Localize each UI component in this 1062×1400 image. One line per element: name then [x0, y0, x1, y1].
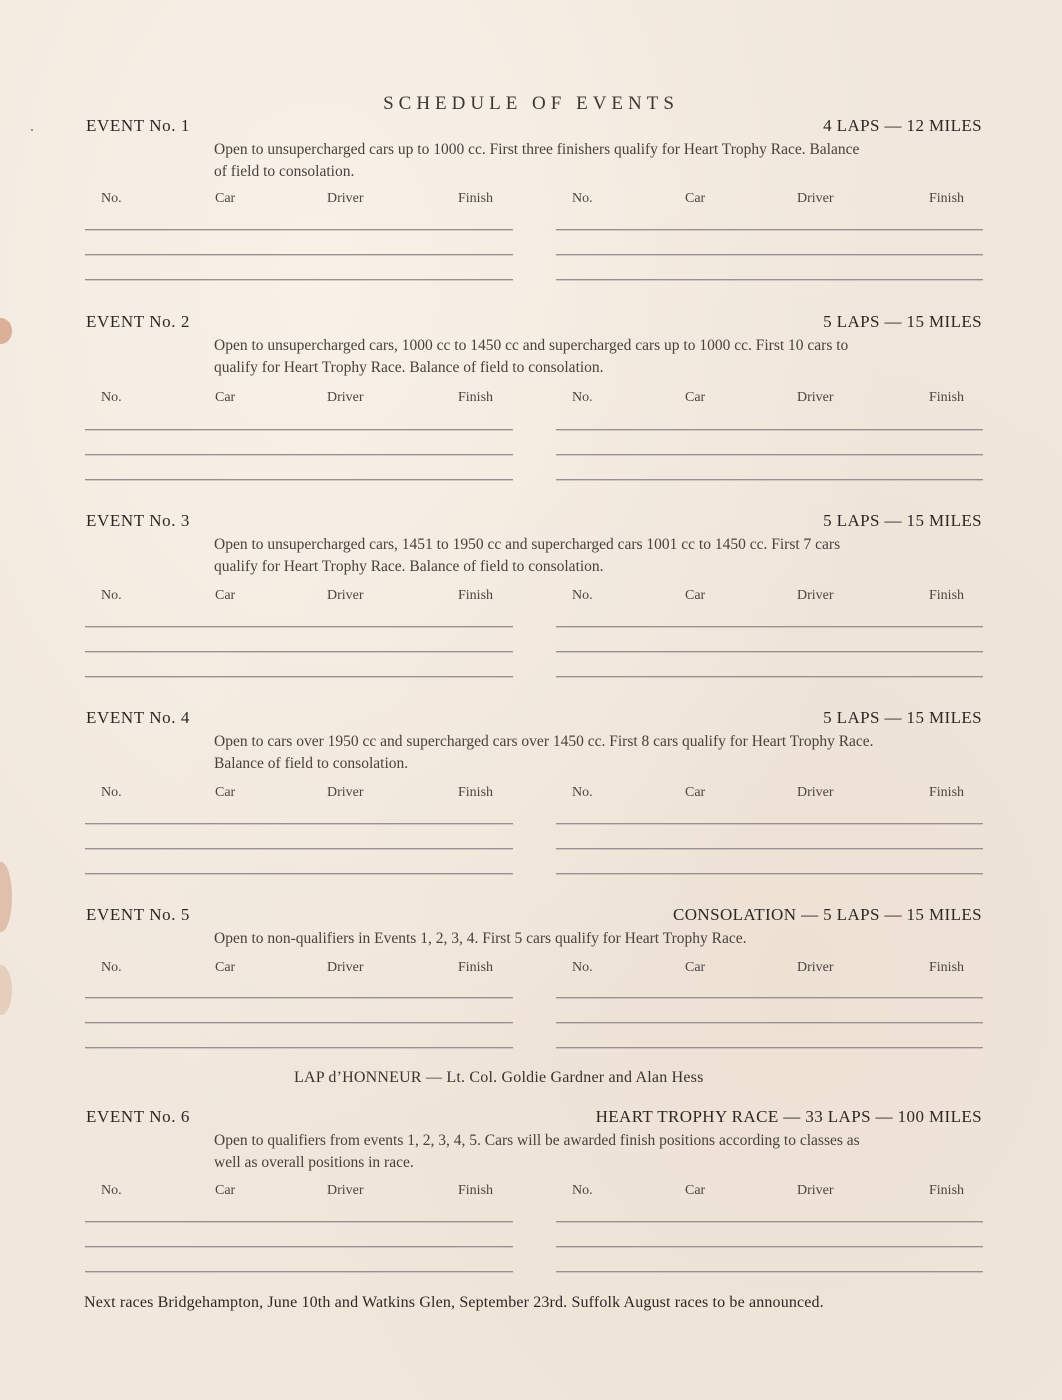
entry-line[interactable] — [556, 254, 983, 255]
column-header: No. — [101, 960, 122, 976]
column-header: Car — [215, 960, 235, 976]
event-distance: 4 LAPS — 12 MILES — [823, 116, 982, 136]
column-header: Driver — [797, 960, 834, 976]
paper-stain — [0, 318, 12, 344]
column-header: Finish — [929, 588, 964, 604]
entry-line[interactable] — [85, 1022, 513, 1023]
column-header: Finish — [458, 191, 493, 207]
event-label: EVENT No. 4 — [86, 708, 190, 728]
lap-honneur: LAP d’HONNEUR — Lt. Col. Goldie Gardner … — [294, 1069, 704, 1087]
event-distance: 5 LAPS — 15 MILES — [823, 312, 982, 332]
entry-line[interactable] — [85, 1221, 513, 1222]
entry-line[interactable] — [556, 823, 983, 824]
column-header: Driver — [327, 785, 364, 801]
entry-line[interactable] — [85, 823, 513, 824]
column-header: Finish — [458, 960, 493, 976]
entry-line[interactable] — [556, 1221, 983, 1222]
footer-note: Next races Bridgehampton, June 10th and … — [84, 1294, 824, 1312]
entry-line[interactable] — [556, 479, 983, 480]
paper-stain — [0, 862, 12, 932]
column-header: Car — [685, 390, 705, 406]
column-header: Driver — [327, 191, 364, 207]
entry-line[interactable] — [85, 479, 513, 480]
column-header: Driver — [797, 1183, 834, 1199]
event-label: EVENT No. 3 — [86, 511, 190, 531]
column-header: Driver — [797, 390, 834, 406]
entry-line[interactable] — [85, 848, 513, 849]
column-header: Finish — [929, 1183, 964, 1199]
entry-line[interactable] — [85, 626, 513, 627]
column-header: Finish — [458, 785, 493, 801]
event-distance: HEART TROPHY RACE — 33 LAPS — 100 MILES — [596, 1107, 982, 1127]
event-label: EVENT No. 5 — [86, 905, 190, 925]
column-header: Driver — [797, 785, 834, 801]
entry-line[interactable] — [85, 1047, 513, 1048]
column-header: Finish — [929, 960, 964, 976]
column-header: Car — [215, 191, 235, 207]
column-header: Finish — [458, 390, 493, 406]
column-header: Car — [215, 588, 235, 604]
entry-line[interactable] — [85, 1271, 513, 1272]
column-header: No. — [572, 1183, 593, 1199]
entry-line[interactable] — [556, 676, 983, 677]
entry-line[interactable] — [556, 1271, 983, 1272]
column-header: Driver — [327, 960, 364, 976]
entry-line[interactable] — [85, 279, 513, 280]
column-header: No. — [101, 191, 122, 207]
column-header: Car — [685, 1183, 705, 1199]
column-header: Car — [215, 1183, 235, 1199]
entry-line[interactable] — [556, 1022, 983, 1023]
entry-line[interactable] — [85, 997, 513, 998]
event-label: EVENT No. 1 — [86, 116, 190, 136]
entry-line[interactable] — [556, 1047, 983, 1048]
column-header: Finish — [929, 390, 964, 406]
column-header: No. — [101, 588, 122, 604]
entry-line[interactable] — [85, 429, 513, 430]
entry-line[interactable] — [556, 429, 983, 430]
event-description: Open to qualifiers from events 1, 2, 3, … — [214, 1130, 874, 1173]
page-title: SCHEDULE OF EVENTS — [0, 93, 1062, 115]
column-header: Car — [685, 588, 705, 604]
column-header: No. — [572, 390, 593, 406]
column-header: Driver — [327, 588, 364, 604]
event-description: Open to cars over 1950 cc and supercharg… — [214, 731, 874, 774]
column-header: Driver — [327, 390, 364, 406]
event-label: EVENT No. 2 — [86, 312, 190, 332]
column-header: No. — [572, 960, 593, 976]
entry-line[interactable] — [556, 1246, 983, 1247]
column-header: No. — [572, 191, 593, 207]
column-header: Car — [685, 785, 705, 801]
entry-line[interactable] — [85, 229, 513, 230]
entry-line[interactable] — [85, 1246, 513, 1247]
entry-line[interactable] — [556, 626, 983, 627]
entry-line[interactable] — [85, 676, 513, 677]
event-distance: 5 LAPS — 15 MILES — [823, 708, 982, 728]
entry-line[interactable] — [556, 279, 983, 280]
entry-line[interactable] — [556, 848, 983, 849]
event-distance: 5 LAPS — 15 MILES — [823, 511, 982, 531]
column-header: No. — [572, 588, 593, 604]
column-header: No. — [572, 785, 593, 801]
column-header: No. — [101, 785, 122, 801]
event-description: Open to unsupercharged cars up to 1000 c… — [214, 139, 874, 182]
column-header: Car — [215, 785, 235, 801]
column-header: Driver — [327, 1183, 364, 1199]
column-header: Finish — [458, 1183, 493, 1199]
paper-stain — [0, 965, 12, 1015]
entry-line[interactable] — [556, 229, 983, 230]
column-header: Car — [685, 191, 705, 207]
column-header: No. — [101, 1183, 122, 1199]
paper-speck — [31, 129, 33, 131]
entry-line[interactable] — [85, 873, 513, 874]
column-header: Finish — [458, 588, 493, 604]
column-header: Car — [215, 390, 235, 406]
entry-line[interactable] — [85, 454, 513, 455]
entry-line[interactable] — [556, 454, 983, 455]
event-distance: CONSOLATION — 5 LAPS — 15 MILES — [673, 905, 982, 925]
entry-line[interactable] — [556, 873, 983, 874]
entry-line[interactable] — [85, 651, 513, 652]
event-label: EVENT No. 6 — [86, 1107, 190, 1127]
column-header: Finish — [929, 191, 964, 207]
entry-line[interactable] — [85, 254, 513, 255]
event-description: Open to unsupercharged cars, 1451 to 195… — [214, 534, 874, 577]
column-header: No. — [101, 390, 122, 406]
entry-line[interactable] — [556, 997, 983, 998]
column-header: Car — [685, 960, 705, 976]
event-description: Open to unsupercharged cars, 1000 cc to … — [214, 335, 874, 378]
column-header: Finish — [929, 785, 964, 801]
column-header: Driver — [797, 191, 834, 207]
entry-line[interactable] — [556, 651, 983, 652]
event-description: Open to non-qualifiers in Events 1, 2, 3… — [214, 928, 874, 950]
column-header: Driver — [797, 588, 834, 604]
